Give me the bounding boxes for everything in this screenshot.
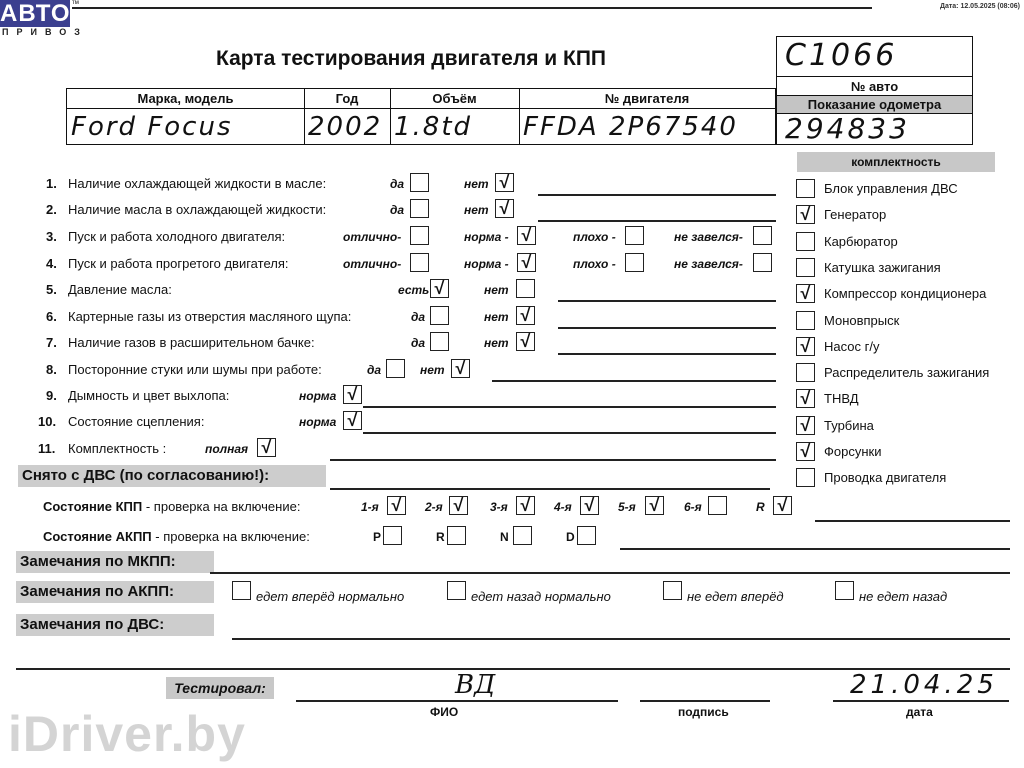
check-label: Посторонние стуки или шумы при работе: [68, 362, 322, 377]
kit-header: комплектность [797, 152, 995, 172]
removed-label: Снято с ДВС (по согласованию!): [18, 465, 326, 487]
akpp-remark-checkbox[interactable] [447, 581, 466, 600]
option-checkbox[interactable]: √ [495, 199, 514, 218]
position-label: D [566, 530, 575, 544]
option-label: да [367, 363, 381, 377]
kit-item-label: Карбюратор [824, 234, 898, 249]
year-value[interactable]: 2002 [308, 109, 390, 145]
volume-value[interactable]: 1.8td [394, 109, 519, 145]
remarks-akpp-label: Замечания по АКПП: [16, 581, 214, 603]
kit-checkbox[interactable]: √ [796, 416, 815, 435]
position-checkbox[interactable] [447, 526, 466, 545]
check-label: Наличие охлаждающей жидкости в масле: [68, 176, 326, 191]
option-checkbox[interactable]: √ [257, 438, 276, 457]
kit-checkbox[interactable]: √ [796, 205, 815, 224]
option-label: норма - [464, 257, 509, 271]
option-checkbox[interactable]: √ [451, 359, 470, 378]
gear-label: 1-я [361, 500, 379, 514]
option-checkbox[interactable]: √ [495, 173, 514, 192]
logo-trademark: тм [72, 0, 79, 6]
akpp-remark-checkbox[interactable] [663, 581, 682, 600]
kit-item-label: Моновпрыск [824, 313, 899, 328]
manual-gearbox-line[interactable] [815, 520, 1010, 522]
date-line[interactable] [833, 700, 1009, 702]
option-label: плохо - [573, 230, 616, 244]
gear-checkbox[interactable] [708, 496, 727, 515]
gear-checkbox[interactable]: √ [449, 496, 468, 515]
col-make-model: Марка, модель Ford Focus [67, 89, 305, 144]
option-checkbox[interactable]: √ [517, 226, 536, 245]
check-number: 11. [38, 441, 55, 456]
position-checkbox[interactable] [577, 526, 596, 545]
option-label: нет [484, 283, 509, 297]
comment-line[interactable] [363, 406, 776, 408]
kit-checkbox[interactable]: √ [796, 337, 815, 356]
option-checkbox[interactable]: √ [517, 253, 536, 272]
kit-checkbox[interactable]: √ [796, 284, 815, 303]
top-rule [72, 7, 872, 9]
option-label: норма [299, 389, 336, 403]
removed-line[interactable] [330, 488, 770, 490]
check-number: 7. [46, 335, 57, 350]
col-header: Марка, модель [67, 89, 304, 109]
auto-gearbox-label-bold: Состояние АКПП [43, 529, 152, 544]
kit-checkbox[interactable] [796, 232, 815, 251]
position-label: P [373, 530, 381, 544]
kit-checkbox[interactable] [796, 363, 815, 382]
manual-gearbox-label: Состояние КПП - проверка на включение: [43, 499, 300, 514]
option-checkbox[interactable] [410, 173, 429, 192]
kit-checkbox[interactable]: √ [796, 442, 815, 461]
remarks-mkpp-line[interactable] [210, 572, 1010, 574]
akpp-remark-label: едет назад нормально [471, 589, 611, 604]
check-label: Состояние сцепления: [68, 414, 204, 429]
option-checkbox[interactable] [410, 199, 429, 218]
option-checkbox[interactable]: √ [430, 279, 449, 298]
gear-label: 5-я [618, 500, 636, 514]
check-label: Давление масла: [68, 282, 172, 297]
check-number: 3. [46, 229, 57, 244]
check-number: 4. [46, 256, 57, 271]
check-label: Наличие масла в охлаждающей жидкости: [68, 202, 326, 217]
option-checkbox[interactable] [386, 359, 405, 378]
vehicle-table: Марка, модель Ford Focus Год 2002 Объём … [66, 88, 776, 145]
kit-item-label: Катушка зажигания [824, 260, 941, 275]
position-label: N [500, 530, 509, 544]
check-number: 6. [46, 309, 57, 324]
option-checkbox[interactable] [430, 306, 449, 325]
engine-number-value[interactable]: FFDA 2P67540 [523, 109, 775, 145]
auto-gearbox-label: Состояние АКПП - проверка на включение: [43, 529, 310, 544]
car-number-value[interactable]: C1066 [785, 37, 897, 75]
check-label: Дымность и цвет выхлопа: [68, 388, 229, 403]
akpp-remark-checkbox[interactable] [232, 581, 251, 600]
option-label: нет [464, 177, 489, 191]
option-label: да [411, 336, 425, 350]
option-label: норма - [464, 230, 509, 244]
gear-checkbox[interactable]: √ [516, 496, 535, 515]
comment-line[interactable] [363, 432, 776, 434]
option-checkbox[interactable]: √ [516, 306, 535, 325]
kit-item-label: Проводка двигателя [824, 470, 946, 485]
col-engine-number: № двигателя FFDA 2P67540 [519, 89, 775, 144]
logo-subtitle: ПРИВОЗ [2, 27, 88, 37]
kit-item-label: Компрессор кондиционера [824, 286, 986, 301]
option-checkbox[interactable] [625, 253, 644, 272]
comment-line[interactable] [558, 353, 776, 355]
gear-label: 3-я [490, 500, 508, 514]
kit-item-label: Блок управления ДВС [824, 181, 958, 196]
gear-label: 4-я [554, 500, 572, 514]
option-checkbox[interactable]: √ [516, 332, 535, 351]
gear-checkbox[interactable]: √ [580, 496, 599, 515]
manual-gearbox-label-rest: - проверка на включение: [142, 499, 300, 514]
check-number: 10. [38, 414, 56, 429]
akpp-remark-label: едет вперёд нормально [256, 589, 404, 604]
auto-gearbox-line[interactable] [620, 548, 1010, 550]
option-label: да [390, 203, 404, 217]
position-label: R [436, 530, 445, 544]
remarks-dvs-label: Замечания по ДВС: [16, 614, 214, 636]
comment-line[interactable] [330, 459, 776, 461]
option-checkbox[interactable]: √ [343, 411, 362, 430]
kit-checkbox[interactable] [796, 258, 815, 277]
option-label: нет [464, 203, 489, 217]
comment-line[interactable] [538, 194, 776, 196]
option-label: полная [205, 442, 248, 456]
position-checkbox[interactable] [513, 526, 532, 545]
remarks-mkpp-label: Замечания по МКПП: [16, 551, 214, 573]
comment-line[interactable] [538, 220, 776, 222]
odometer-value[interactable]: 294833 [785, 113, 910, 145]
col-header: Объём [390, 89, 519, 109]
vehicle-id-box: C1066 № авто Показание одометра 294833 [776, 36, 973, 145]
make-model-value[interactable]: Ford Focus [71, 109, 304, 145]
gear-label: R [756, 500, 765, 514]
col-volume: Объём 1.8td [390, 89, 520, 144]
akpp-remark-label: не едет назад [859, 589, 947, 604]
check-number: 2. [46, 202, 57, 217]
option-checkbox[interactable] [516, 279, 535, 298]
kit-checkbox[interactable] [796, 468, 815, 487]
manual-gearbox-label-bold: Состояние КПП [43, 499, 142, 514]
car-number-label: № авто [777, 76, 972, 96]
check-number: 9. [46, 388, 57, 403]
logo: АВТО [0, 0, 70, 27]
kit-item-label: Турбина [824, 418, 874, 433]
option-checkbox[interactable] [430, 332, 449, 351]
option-checkbox[interactable] [410, 253, 429, 272]
option-label: да [390, 177, 404, 191]
watermark: iDriver.by [8, 705, 246, 763]
akpp-remark-checkbox[interactable] [835, 581, 854, 600]
col-year: Год 2002 [304, 89, 391, 144]
kit-item-label: Форсунки [824, 444, 881, 459]
option-checkbox[interactable] [753, 253, 772, 272]
check-number: 5. [46, 282, 57, 297]
print-date: Дата: 12.05.2025 (08:06) [940, 3, 1020, 10]
option-checkbox[interactable] [753, 226, 772, 245]
check-label: Наличие газов в расширительном бачке: [68, 335, 315, 350]
date-label: дата [906, 705, 933, 719]
option-label: не завелся- [674, 257, 743, 271]
check-label: Картерные газы из отверстия масляного щу… [68, 309, 351, 324]
option-label: не завелся- [674, 230, 743, 244]
comment-line[interactable] [558, 300, 776, 302]
check-number: 1. [46, 176, 57, 191]
auto-gearbox-label-rest: - проверка на включение: [152, 529, 310, 544]
kit-checkbox[interactable] [796, 311, 815, 330]
comment-line[interactable] [492, 380, 776, 382]
option-label: есть [398, 283, 429, 297]
check-label: Пуск и работа прогретого двигателя: [68, 256, 288, 271]
signature-label: подпись [678, 705, 729, 719]
signature-line[interactable] [640, 700, 770, 702]
option-label: нет [420, 363, 445, 377]
option-label: нет [484, 336, 509, 350]
kit-item-label: ТНВД [824, 391, 859, 406]
check-label: Пуск и работа холодного двигателя: [68, 229, 285, 244]
option-label: отлично- [343, 230, 401, 244]
fio-label: ФИО [430, 705, 458, 719]
col-header: Год [304, 89, 390, 109]
fio-line[interactable] [296, 700, 618, 702]
option-label: нет [484, 310, 509, 324]
gear-checkbox[interactable]: √ [387, 496, 406, 515]
option-checkbox[interactable]: √ [343, 385, 362, 404]
remarks-dvs-line[interactable] [232, 638, 1010, 640]
option-checkbox[interactable] [410, 226, 429, 245]
gear-label: 6-я [684, 500, 702, 514]
check-number: 8. [46, 362, 57, 377]
position-checkbox[interactable] [383, 526, 402, 545]
kit-checkbox[interactable] [796, 179, 815, 198]
akpp-remark-label: не едет вперёд [687, 589, 784, 604]
kit-item-label: Насос г/у [824, 339, 879, 354]
date-value[interactable]: 21.04.25 [850, 670, 998, 700]
option-label: плохо - [573, 257, 616, 271]
page-title: Карта тестирования двигателя и КПП [216, 47, 606, 71]
check-label: Комплектность : [68, 441, 166, 456]
kit-item-label: Распределитель зажигания [824, 365, 989, 380]
comment-line[interactable] [558, 327, 776, 329]
option-label: отлично- [343, 257, 401, 271]
kit-checkbox[interactable]: √ [796, 389, 815, 408]
gear-checkbox[interactable]: √ [645, 496, 664, 515]
gear-label: 2-я [425, 500, 443, 514]
tested-by-label: Тестировал: [166, 677, 274, 699]
fio-value[interactable]: ВД [455, 670, 495, 700]
option-label: да [411, 310, 425, 324]
col-header: № двигателя [519, 89, 775, 109]
kit-item-label: Генератор [824, 207, 886, 222]
option-checkbox[interactable] [625, 226, 644, 245]
gear-checkbox[interactable]: √ [773, 496, 792, 515]
option-label: норма [299, 415, 336, 429]
